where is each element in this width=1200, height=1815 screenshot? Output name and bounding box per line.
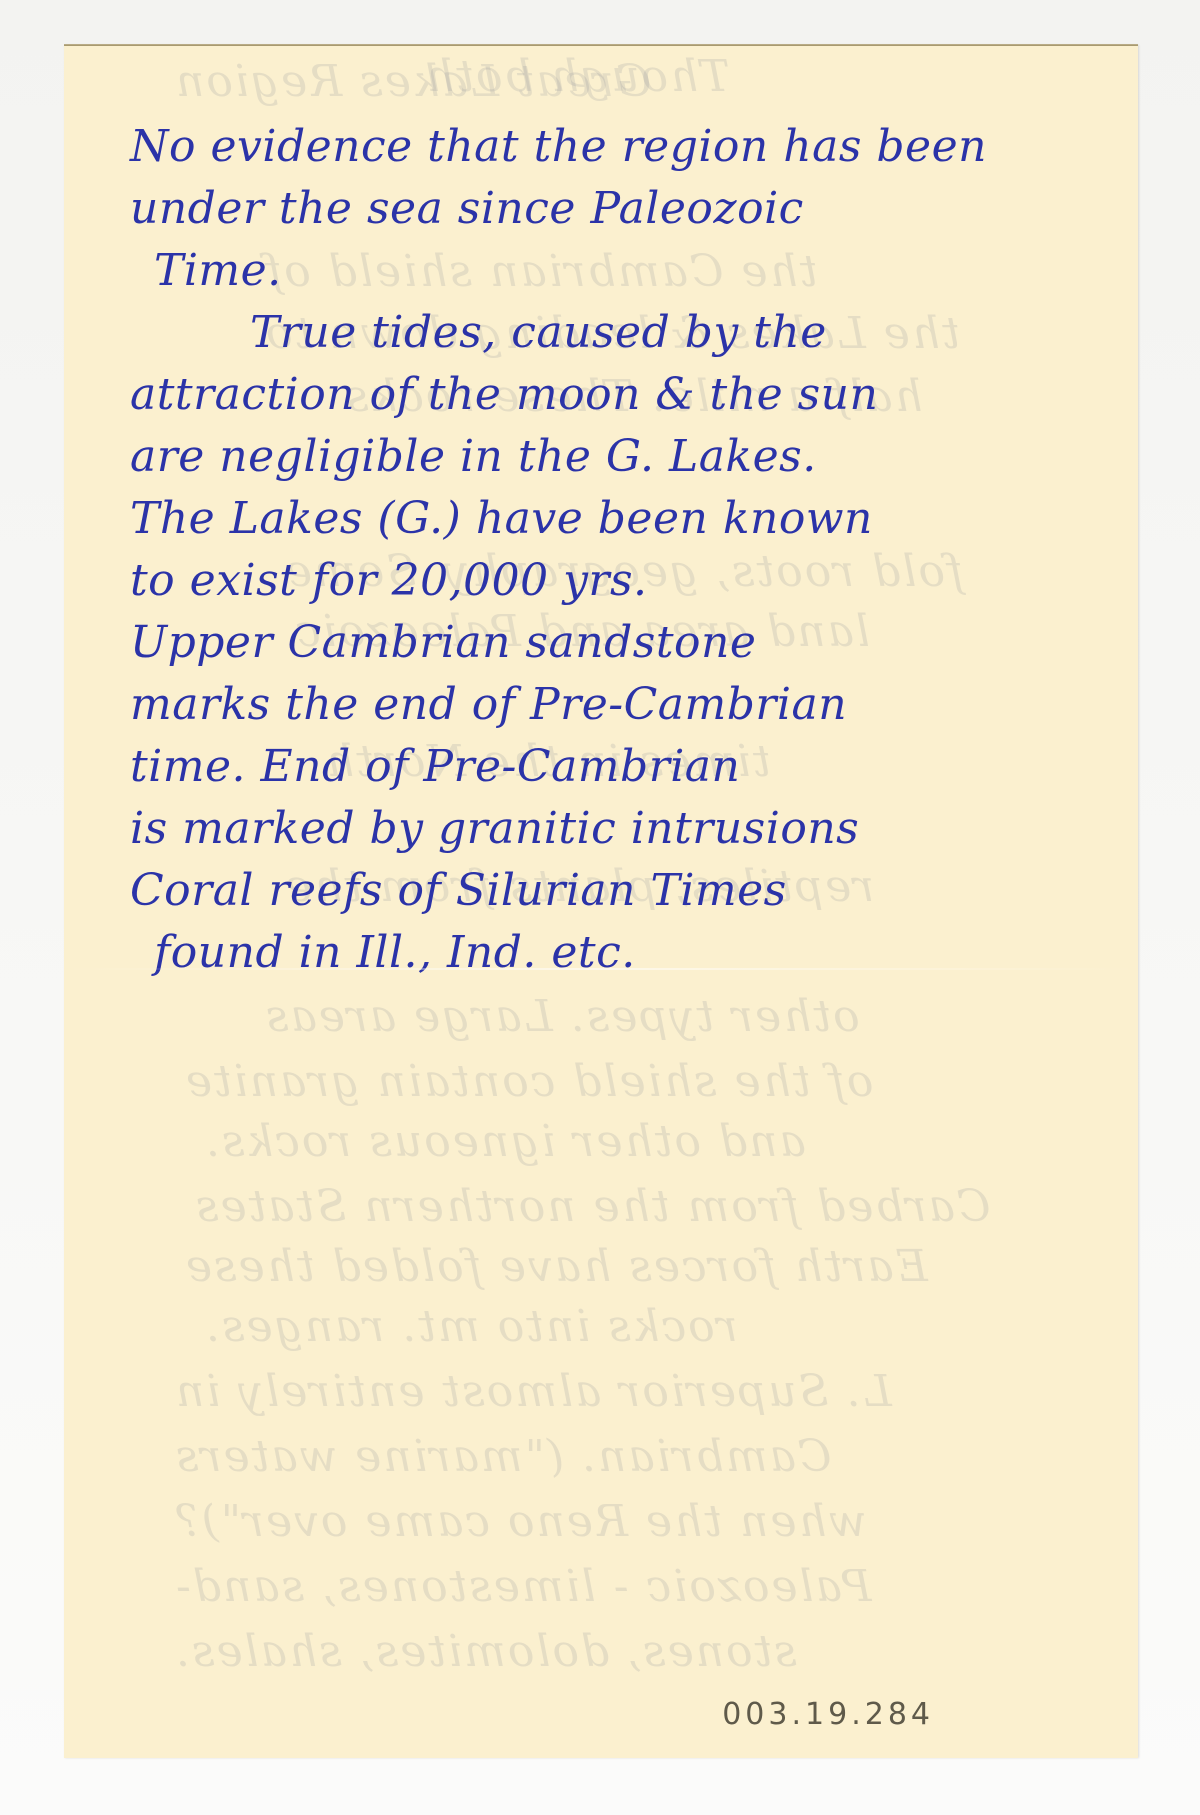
bleed-line: of the shield contain granite [184, 1056, 873, 1107]
bleed-line: Though both [424, 51, 730, 102]
text-line: to exist for 20,000 yrs. [130, 550, 1090, 612]
bleed-line: other types. Large areas [264, 991, 860, 1042]
text-line: marks the end of Pre-Cambrian [130, 674, 1090, 736]
bleed-line: stones, dolomites, shales. [174, 1626, 797, 1677]
text-line: are negligible in the G. Lakes. [130, 426, 1090, 488]
bleed-line: L. Superior almost entirely in [174, 1366, 892, 1417]
text-line: under the sea since Paleozoic [130, 178, 1090, 240]
text-line: No evidence that the region has been [130, 116, 1090, 178]
bleed-line: Paleozoic - limestones, sand- [174, 1561, 871, 1612]
text-line: Time. [130, 240, 1090, 302]
text-line: Upper Cambrian sandstone [130, 612, 1090, 674]
text-line: The Lakes (G.) have been known [130, 488, 1090, 550]
bleed-line: Cambrian. ("marine waters [174, 1431, 832, 1482]
bleed-line: Earth forces have folded these [184, 1241, 928, 1292]
text-line: True tides, caused by the [130, 302, 1090, 364]
bleed-line: Carbed from the northern States [194, 1181, 991, 1232]
text-line: found in Ill., Ind. etc. [130, 922, 1090, 984]
text-line: Coral reefs of Silurian Times [130, 860, 1090, 922]
bleed-line: when the Reno came over")? [174, 1496, 866, 1547]
letter-page: Though both Great Lakes Region the Cambr… [64, 45, 1138, 1758]
specimen-number: 003.19.284 [722, 1697, 934, 1732]
bleed-line: and other igneous rocks. [204, 1116, 806, 1167]
text-line: attraction of the moon & the sun [130, 364, 1090, 426]
text-line: is marked by granitic intrusions [130, 798, 1090, 860]
bleed-line: rocks into mt. ranges. [204, 1301, 738, 1352]
text-line: time. End of Pre-Cambrian [130, 736, 1090, 798]
bleed-line: Great Lakes Region [174, 56, 651, 107]
handwritten-text: No evidence that the region has been und… [130, 116, 1090, 984]
